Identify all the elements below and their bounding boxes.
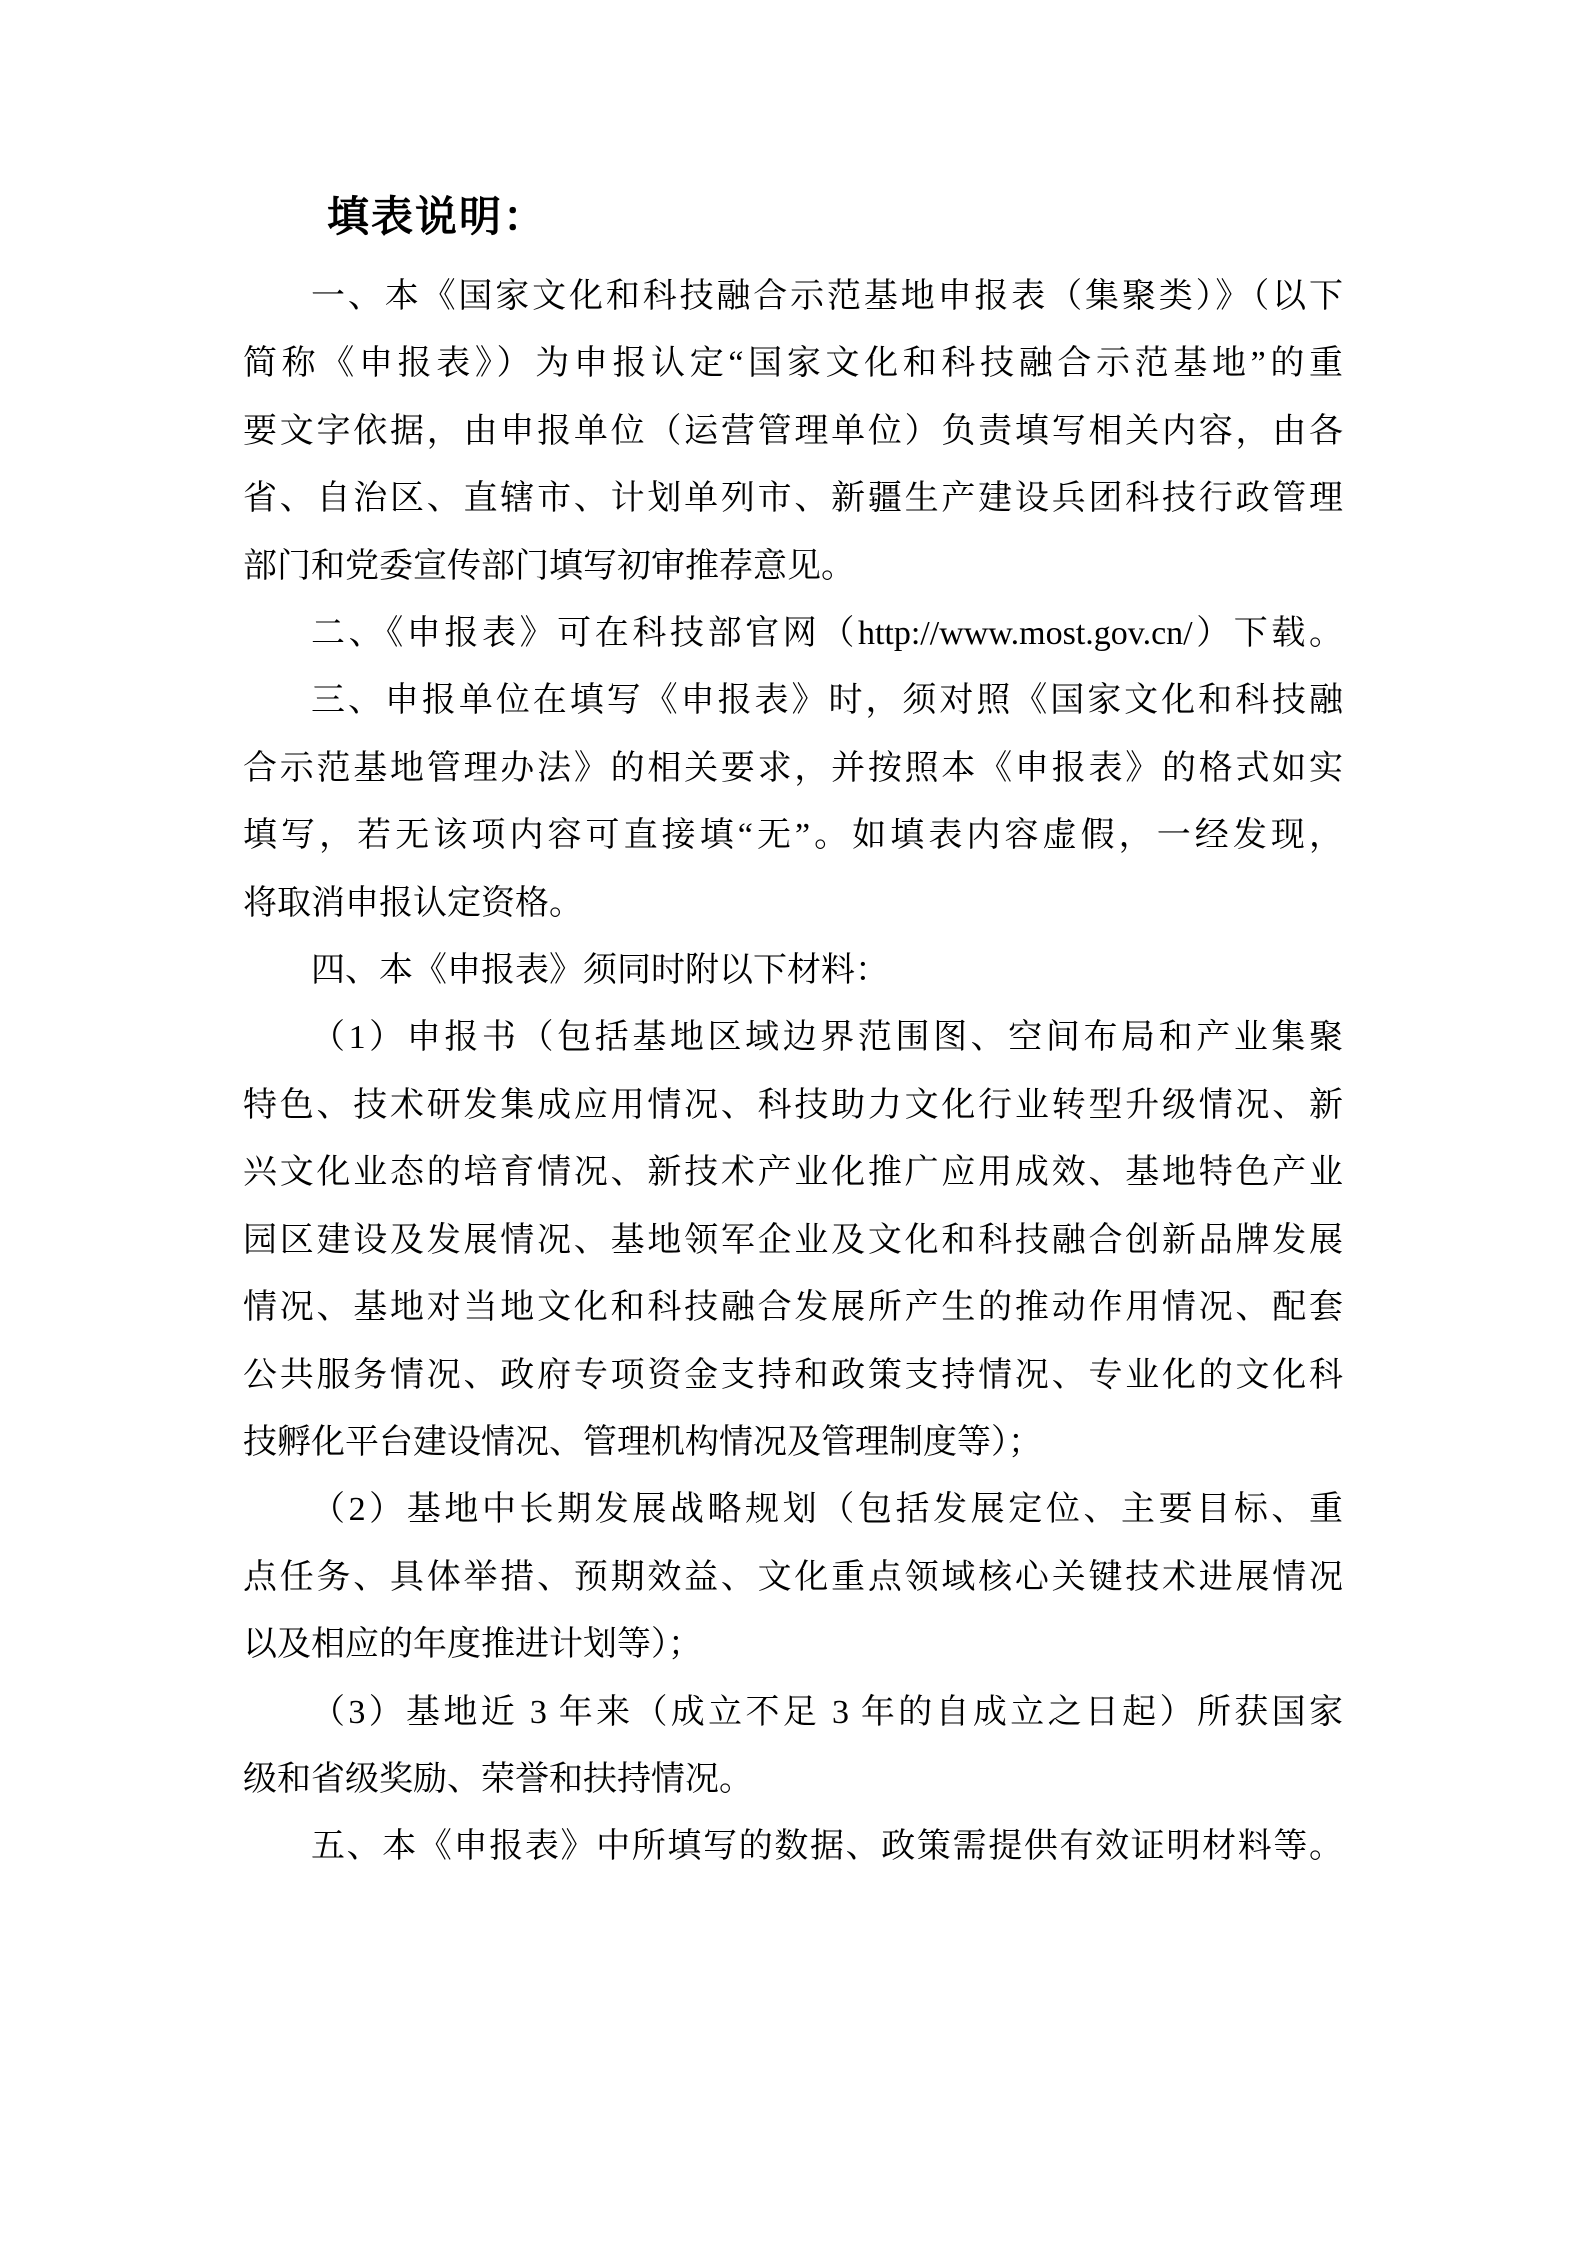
form-instructions: 填表说明： 一、本《国家文化和科技融合示范基地申报表（集聚类）》（以下 简称《申… bbox=[243, 183, 1343, 1881]
text-line: 部门和党委宣传部门填写初审推荐意见。 bbox=[243, 533, 1343, 600]
page: 填表说明： 一、本《国家文化和科技融合示范基地申报表（集聚类）》（以下 简称《申… bbox=[0, 0, 1587, 2245]
text-line: 公共服务情况、政府专项资金支持和政策支持情况、专业化的文化科 bbox=[243, 1342, 1343, 1409]
text-line: 要文字依据，由申报单位（运营管理单位）负责填写相关内容，由各 bbox=[243, 398, 1343, 465]
text-line: 简称《申报表》）为申报认定“国家文化和科技融合示范基地”的重 bbox=[243, 330, 1343, 397]
text-line: 合示范基地管理办法》的相关要求，并按照本《申报表》的格式如实 bbox=[243, 735, 1343, 802]
text-line: 点任务、具体举措、预期效益、文化重点领域核心关键技术进展情况 bbox=[243, 1544, 1343, 1611]
paragraph-3: 三、申报单位在填写《申报表》时，须对照《国家文化和科技融 合示范基地管理办法》的… bbox=[243, 667, 1343, 937]
text-line: 兴文化业态的培育情况、新技术产业化推广应用成效、基地特色产业 bbox=[243, 1139, 1343, 1206]
text-line: 园区建设及发展情况、基地领军企业及文化和科技融合创新品牌发展 bbox=[243, 1207, 1343, 1274]
paragraph-2: 二、《申报表》可在科技部官网（http://www.most.gov.cn/）下… bbox=[243, 600, 1343, 667]
text-line: 四、本《申报表》须同时附以下材料： bbox=[243, 937, 1343, 1004]
text-line: 二、《申报表》可在科技部官网（http://www.most.gov.cn/）下… bbox=[243, 600, 1343, 667]
paragraph-8: 五、本《申报表》中所填写的数据、政策需提供有效证明材料等。 bbox=[243, 1813, 1343, 1880]
text-line: （2）基地中长期发展战略规划（包括发展定位、主要目标、重 bbox=[243, 1476, 1343, 1543]
text-line: 技孵化平台建设情况、管理机构情况及管理制度等）； bbox=[243, 1409, 1343, 1476]
text-line: 三、申报单位在填写《申报表》时，须对照《国家文化和科技融 bbox=[243, 667, 1343, 734]
text-line: 一、本《国家文化和科技融合示范基地申报表（集聚类）》（以下 bbox=[243, 263, 1343, 330]
text-line: （1）申报书（包括基地区域边界范围图、空间布局和产业集聚 bbox=[243, 1004, 1343, 1071]
text-line: 以及相应的年度推进计划等）； bbox=[243, 1611, 1343, 1678]
paragraph-7: （3）基地近 3 年来（成立不足 3 年的自成立之日起）所获国家 级和省级奖励、… bbox=[243, 1679, 1343, 1814]
paragraph-5: （1）申报书（包括基地区域边界范围图、空间布局和产业集聚 特色、技术研发集成应用… bbox=[243, 1004, 1343, 1476]
paragraph-6: （2）基地中长期发展战略规划（包括发展定位、主要目标、重 点任务、具体举措、预期… bbox=[243, 1476, 1343, 1678]
text-line: （3）基地近 3 年来（成立不足 3 年的自成立之日起）所获国家 bbox=[243, 1679, 1343, 1746]
text-line: 五、本《申报表》中所填写的数据、政策需提供有效证明材料等。 bbox=[243, 1813, 1343, 1880]
text-line: 填写，若无该项内容可直接填“无”。如填表内容虚假，一经发现， bbox=[243, 802, 1343, 869]
text-line: 情况、基地对当地文化和科技融合发展所产生的推动作用情况、配套 bbox=[243, 1274, 1343, 1341]
text-line: 将取消申报认定资格。 bbox=[243, 870, 1343, 937]
form-instructions-title: 填表说明： bbox=[243, 183, 1343, 250]
text-line: 级和省级奖励、荣誉和扶持情况。 bbox=[243, 1746, 1343, 1813]
text-line: 省、自治区、直辖市、计划单列市、新疆生产建设兵团科技行政管理 bbox=[243, 465, 1343, 532]
paragraph-1: 一、本《国家文化和科技融合示范基地申报表（集聚类）》（以下 简称《申报表》）为申… bbox=[243, 263, 1343, 600]
text-line: 特色、技术研发集成应用情况、科技助力文化行业转型升级情况、新 bbox=[243, 1072, 1343, 1139]
paragraph-4: 四、本《申报表》须同时附以下材料： bbox=[243, 937, 1343, 1004]
